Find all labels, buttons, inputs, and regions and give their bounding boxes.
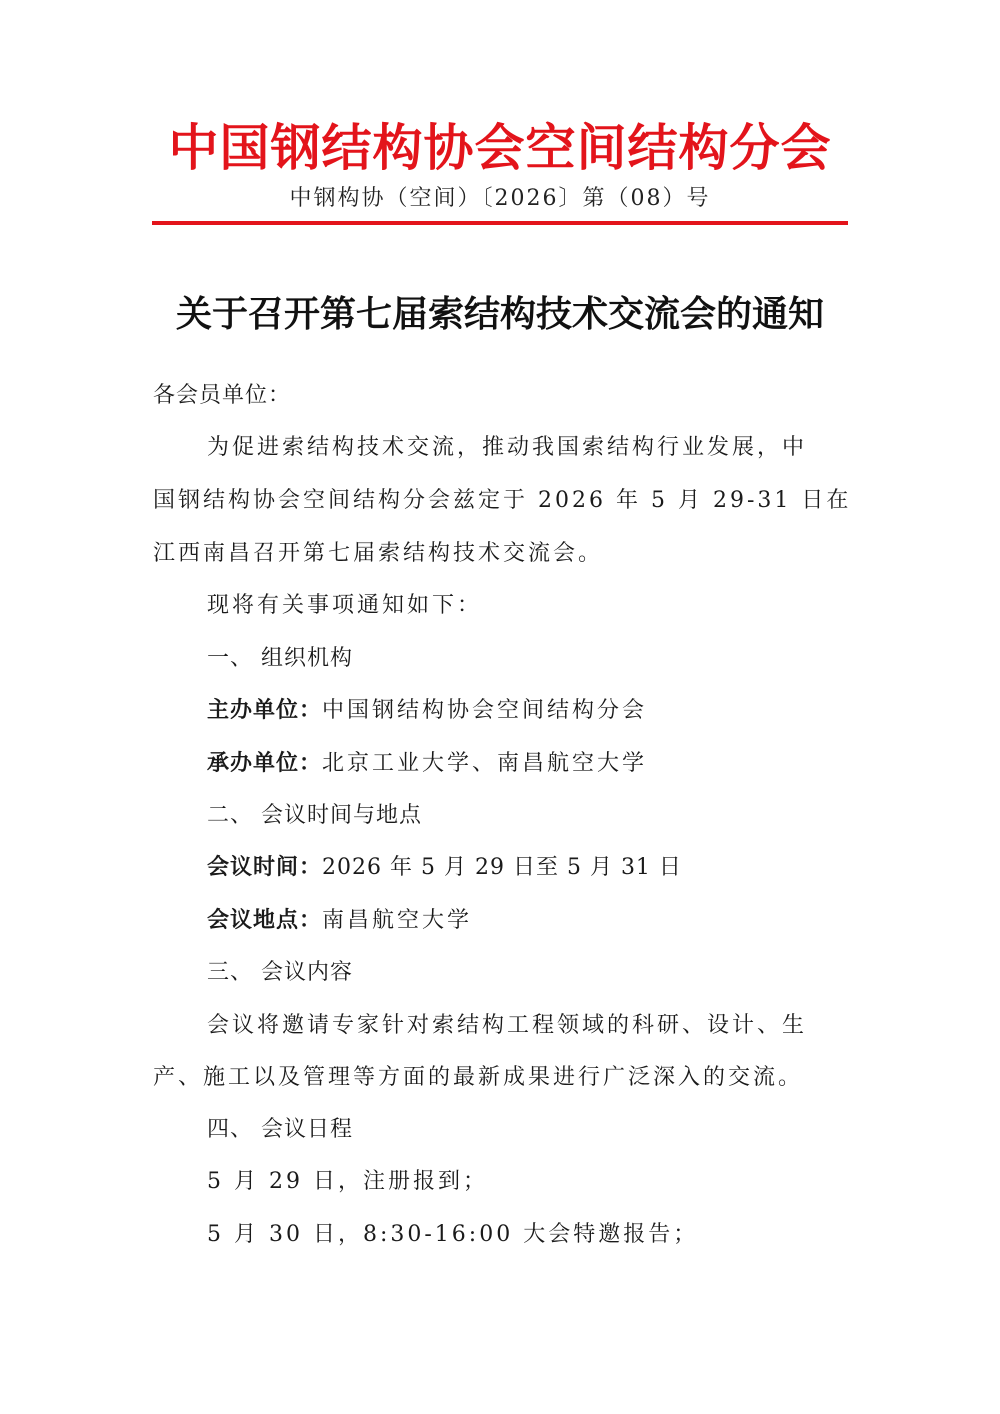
section-heading-organization: 一、 组织机构 bbox=[207, 643, 907, 675]
document-number: 中钢构协（空间）〔2026〕第（08）号 bbox=[150, 184, 850, 214]
organization-name: 中国钢结构协会空间结构分会 bbox=[150, 118, 850, 178]
section-heading-content: 三、 会议内容 bbox=[207, 957, 907, 989]
meeting-place-row: 会议地点：南昌航空大学 bbox=[207, 905, 907, 937]
host-value: 中国钢结构协会空间结构分会 bbox=[322, 698, 647, 723]
organizer-value: 北京工业大学、南昌航空大学 bbox=[322, 751, 647, 776]
intro-line-3: 江西南昌召开第七届索结构技术交流会。 bbox=[153, 538, 853, 570]
header-red-rule bbox=[152, 221, 848, 225]
schedule-line-2: 5 月 30 日，8:30-16:00 大会特邀报告； bbox=[207, 1219, 907, 1251]
meeting-time-label: 会议时间： bbox=[207, 855, 322, 880]
lead-in: 现将有关事项通知如下： bbox=[207, 590, 907, 622]
document-page: 中国钢结构协会空间结构分会 中钢构协（空间）〔2026〕第（08）号 关于召开第… bbox=[0, 0, 1000, 1414]
intro-line-2: 国钢结构协会空间结构分会兹定于 2026 年 5 月 29-31 日在 bbox=[153, 485, 853, 517]
host-row: 主办单位：中国钢结构协会空间结构分会 bbox=[207, 695, 907, 727]
schedule-line-1: 5 月 29 日，注册报到； bbox=[207, 1166, 907, 1198]
meeting-place-label: 会议地点： bbox=[207, 908, 322, 933]
meeting-time-value: 2026 年 5 月 29 日至 5 月 31 日 bbox=[322, 855, 682, 880]
intro-line-1: 为促进索结构技术交流，推动我国索结构行业发展，中 bbox=[207, 432, 907, 464]
meeting-time-row: 会议时间：2026 年 5 月 29 日至 5 月 31 日 bbox=[207, 852, 907, 884]
content-line-1: 会议将邀请专家针对索结构工程领域的科研、设计、生 bbox=[207, 1010, 907, 1042]
content-line-2: 产、施工以及管理等方面的最新成果进行广泛深入的交流。 bbox=[153, 1062, 853, 1094]
salutation: 各会员单位： bbox=[153, 380, 853, 412]
organizer-row: 承办单位：北京工业大学、南昌航空大学 bbox=[207, 748, 907, 780]
notice-title: 关于召开第七届索结构技术交流会的通知 bbox=[150, 288, 850, 340]
section-heading-time-place: 二、 会议时间与地点 bbox=[207, 800, 907, 832]
section-heading-schedule: 四、 会议日程 bbox=[207, 1114, 907, 1146]
meeting-place-value: 南昌航空大学 bbox=[322, 908, 472, 933]
organizer-label: 承办单位： bbox=[207, 751, 322, 776]
host-label: 主办单位： bbox=[207, 698, 322, 723]
